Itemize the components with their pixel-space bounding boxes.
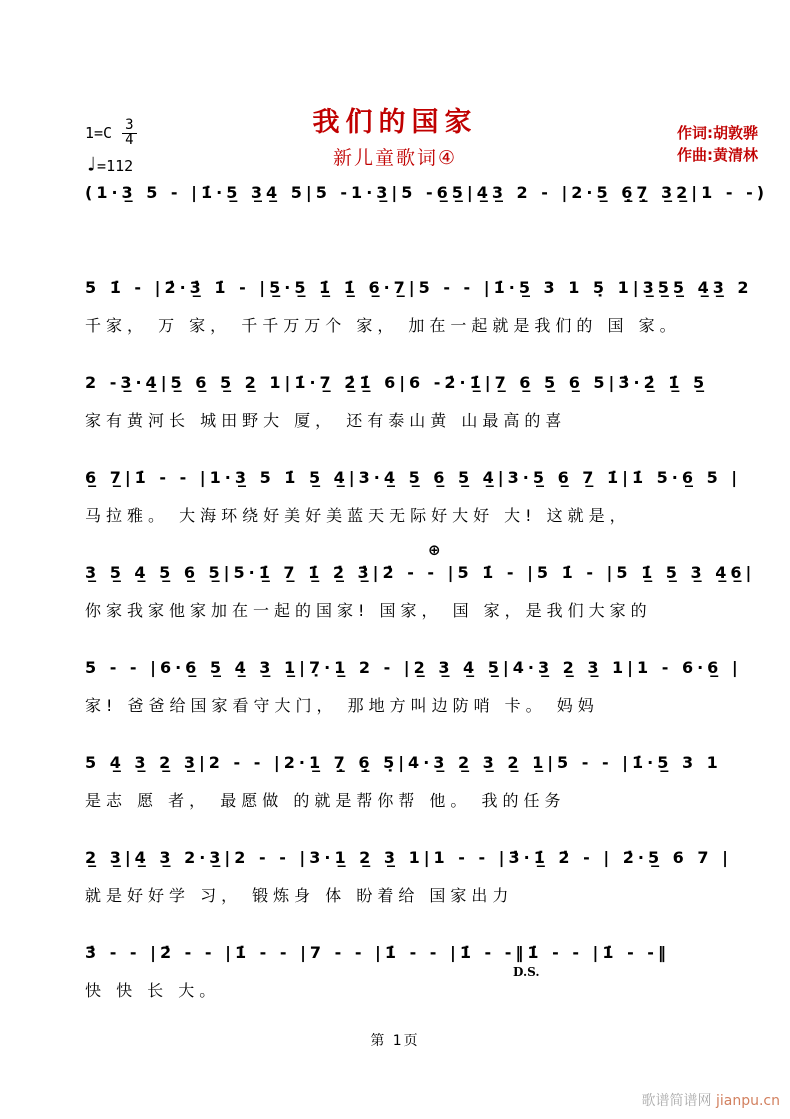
lyrics-line: 千家， 万 家， 千千万万个 家， 加在一起就是我们的 国 家。 — [85, 313, 765, 336]
notation-system-1: (1·3̲ 5 ­- |1̇·5̲ 3̲4̲ 5|5 -1·3̲|5 -6̲5̲… — [85, 183, 765, 202]
sheet-music-page: 1=C 3 4 ♩=112 我们的国家 新儿童歌词④ 作词:胡敦骅 作曲:黄清林… — [0, 0, 790, 1119]
notation-system-6: 5 - - |6·6̲ 5̲ 4̲ 3̲ 1̲|7̣·1̲ 2 - |2̲ 3̲… — [85, 658, 765, 716]
notation-line: 5 - - |6·6̲ 5̲ 4̲ 3̲ 1̲|7̣·1̲ 2 - |2̲ 3̲… — [85, 658, 765, 677]
lyrics-line: 就是好好学 习， 锻炼身 体 盼着给 国家出力 — [85, 883, 765, 906]
notation-system-4: 6̲ 7̲|1̇ - - |1·3̲ 5 1̇ 5̲ 4̲|3·4̲ 5̲ 6̲… — [85, 468, 765, 526]
notation-line: 3̲ 5̲ 4̲ 5̲ 6̲ 5̲|5·1̲̇ 7̲ 1̲̇ 2̲̇ 3̲̇|2… — [85, 563, 765, 582]
notation-system-9: 3̇ - - |2̇ - - |1̇ - - |7 - - |1̇ - - |1… — [85, 943, 765, 1001]
watermark-site-url: jianpu.cn — [716, 1093, 780, 1109]
notation-system-3: 2 -3̲·4̲|5̲ 6̲ 5̲ 2̲ 1|1̇·7̲ 2̲̇1̲̇ 6|6 … — [85, 373, 765, 431]
page-number: 第 1页 — [0, 1030, 790, 1050]
notation-system-7: 5 4̲ 3̲ 2̲ 3̲|2 - - |2·1̲ 7̲̣ 6̲̣ 5̣|4·3… — [85, 753, 765, 811]
notation-line: (1·3̲ 5 ­- |1̇·5̲ 3̲4̲ 5|5 -1·3̲|5 -6̲5̲… — [85, 183, 765, 202]
song-subtitle: 新儿童歌词④ — [0, 143, 790, 170]
notation-line: 2̲ 3̲|4̲ 3̲ 2·3̲|2 - - |3·1̲ 2̲ 3̲ 1|1 -… — [85, 848, 765, 867]
dal-segno-label: D.S. — [513, 965, 540, 979]
lyrics-line: 马拉雅。 大海环绕好美好美蓝天无际好大好 大! 这就是， — [85, 503, 765, 526]
watermark-site-name: 歌谱简谱网 — [642, 1093, 712, 1109]
lyrics-line: 家! 爸爸给国家看守大门， 那地方叫边防哨 卡。 妈妈 — [85, 693, 765, 716]
notation-system-5: ⊕ 3̲ 5̲ 4̲ 5̲ 6̲ 5̲|5·1̲̇ 7̲ 1̲̇ 2̲̇ 3̲̇… — [85, 563, 765, 621]
notation-line: 6̲ 7̲|1̇ - - |1·3̲ 5 1̇ 5̲ 4̲|3·4̲ 5̲ 6̲… — [85, 468, 765, 487]
credits-block: 作词:胡敦骅 作曲:黄清林 — [677, 122, 758, 166]
notation-line: 3̇ - - |2̇ - - |1̇ - - |7 - - |1̇ - - |1… — [85, 943, 765, 962]
notation-line: 5 1̇ - |2̇·3̲̇ 1̇ - |5̲·5̲ 1̲̇ 1̲̇ 6̲·7̲… — [85, 278, 765, 297]
notation-system-2: 5 1̇ - |2̇·3̲̇ 1̇ - |5̲·5̲ 1̲̇ 1̲̇ 6̲·7̲… — [85, 278, 765, 336]
lyrics-line: 是志 愿 者， 最愿做 的就是帮你帮 他。 我的任务 — [85, 788, 765, 811]
notation-system-8: 2̲ 3̲|4̲ 3̲ 2·3̲|2 - - |3·1̲ 2̲ 3̲ 1|1 -… — [85, 848, 765, 906]
title-block: 我们的国家 新儿童歌词④ — [0, 100, 790, 170]
lyrics-line: 你家我家他家加在一起的国家! 国家， 国 家，是我们大家的 — [85, 598, 765, 621]
lyrics-line: 快 快 长 大。 — [85, 978, 765, 1001]
song-title: 我们的国家 — [0, 100, 790, 139]
lyricist-credit: 作词:胡敦骅 — [677, 122, 758, 144]
coda-sign-icon: ⊕ — [428, 541, 441, 559]
notation-line: 5 4̲ 3̲ 2̲ 3̲|2 - - |2·1̲ 7̲̣ 6̲̣ 5̣|4·3… — [85, 753, 765, 772]
watermark: 歌谱简谱网 jianpu.cn — [642, 1090, 780, 1110]
composer-credit: 作曲:黄清林 — [677, 144, 758, 166]
lyrics-line: 家有黄河长 城田野大 厦， 还有泰山黄 山最高的喜 — [85, 408, 765, 431]
notation-line: 2 -3̲·4̲|5̲ 6̲ 5̲ 2̲ 1|1̇·7̲ 2̲̇1̲̇ 6|6 … — [85, 373, 765, 392]
